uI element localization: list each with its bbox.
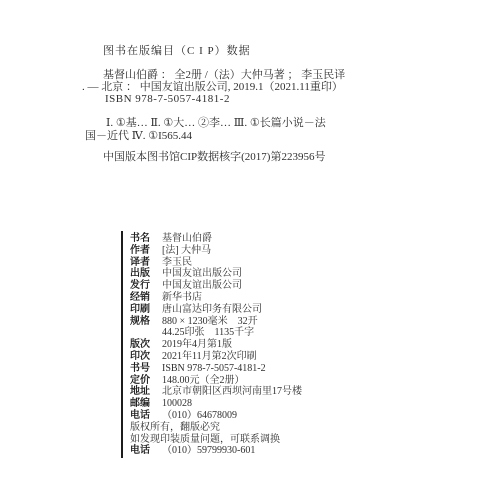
colophon-row-label: 印次 [130, 351, 162, 363]
colophon-row-value: 中国友谊出版公司 [162, 268, 242, 279]
colophon-row-label: 印刷 [130, 304, 162, 316]
colophon-section: 书名基督山伯爵作者[法] 大仲马译者李玉民出版中国友谊出版公司发行中国友谊出版公… [121, 231, 441, 461]
colophon-row-value: ISBN 978-7-5057-4181-2 [162, 363, 266, 374]
cip-registry-line: 中国版本图书馆CIP数据核字(2017)第223956号 [103, 151, 325, 163]
colophon-row-value: 版权所有，翻版必究 [130, 422, 220, 433]
cip-heading: 图书在版编目（C I P）数据 [103, 45, 251, 57]
colophon-row-value: 基督山伯爵 [162, 233, 212, 244]
colophon-row-label: 书名 [130, 233, 162, 245]
colophon-row: 印次2021年11月第2次印刷 [130, 351, 430, 363]
colophon-row-value: 唐山富达印务有限公司 [162, 304, 262, 315]
colophon-row-label: 定价 [130, 375, 162, 387]
colophon-left-bar [121, 231, 123, 458]
colophon-row-value: 148.00元（全2册） [162, 375, 245, 386]
colophon-row-label: 规格 [130, 316, 162, 328]
colophon-row-value: 44.25印张 1135千字 [162, 327, 254, 338]
colophon-row: 版次2019年4月第1版 [130, 339, 430, 351]
colophon-row-value: （010）64678009 [162, 410, 237, 421]
colophon-row: 印刷唐山富达印务有限公司 [130, 304, 430, 316]
colophon-row: 发行中国友谊出版公司 [130, 280, 430, 292]
colophon-row-label: 电话 [130, 410, 162, 422]
colophon-row: 作者[法] 大仲马 [130, 245, 430, 257]
colophon-row-label: 邮编 [130, 398, 162, 410]
colophon-row-value: 新华书店 [162, 292, 202, 303]
colophon-row-value: 880 × 1230毫米 32开 [162, 316, 258, 327]
colophon-row-label: 出版 [130, 268, 162, 280]
colophon-row: 44.25印张 1135千字 [130, 327, 430, 339]
colophon-row-label: 作者 [130, 245, 162, 257]
colophon-notice-row: 版权所有，翻版必究 [130, 422, 430, 434]
colophon-row: 电话（010）59799930-601 [130, 445, 430, 457]
colophon-row-label: 地址 [130, 386, 162, 398]
colophon-row-value: 2021年11月第2次印刷 [162, 351, 257, 362]
colophon-row-label: 书号 [130, 363, 162, 375]
colophon-row: 规格880 × 1230毫米 32开 [130, 316, 430, 328]
colophon-notice-row: 如发现印装质量问题，可联系调换 [130, 434, 430, 446]
colophon-row-value: [法] 大仲马 [162, 245, 211, 256]
colophon-row: 邮编100028 [130, 398, 430, 410]
colophon-row-value: 李玉民 [162, 257, 192, 268]
colophon-row: 电话（010）64678009 [130, 410, 430, 422]
colophon-row: 经销新华书店 [130, 292, 430, 304]
colophon-row-value: 100028 [162, 398, 192, 409]
cip-classification-line-1: Ⅰ. ①基… Ⅱ. ①大… ②李… Ⅲ. ①长篇小说－法 [106, 117, 326, 129]
colophon-row: 书号ISBN 978-7-5057-4181-2 [130, 363, 430, 375]
colophon-row-value: 中国友谊出版公司 [162, 280, 242, 291]
colophon-row-value: （010）59799930-601 [162, 445, 255, 456]
cip-classification-line-2: 国－近代 Ⅳ. ①I565.44 [85, 130, 192, 142]
colophon-row-label: 发行 [130, 280, 162, 292]
colophon-row-label: 电话 [130, 445, 162, 457]
colophon-row: 地址北京市朝阳区西坝河南里17号楼 [130, 386, 430, 398]
colophon-row: 译者李玉民 [130, 257, 430, 269]
colophon-row-value: 2019年4月第1版 [162, 339, 232, 350]
colophon-row: 书名基督山伯爵 [130, 233, 430, 245]
copyright-page: 图书在版编目（C I P）数据 基督山伯爵 ： 全2册 /（法）大仲马著 ； 李… [0, 0, 500, 500]
colophon-row: 出版中国友谊出版公司 [130, 268, 430, 280]
colophon-row: 定价148.00元（全2册） [130, 375, 430, 387]
colophon-rows: 书名基督山伯爵作者[法] 大仲马译者李玉民出版中国友谊出版公司发行中国友谊出版公… [130, 233, 430, 457]
cip-record-line-2: . — 北京 ： 中国友谊出版公司, 2019.1（2021.11重印） [82, 81, 343, 93]
colophon-row-value: 如发现印装质量问题，可联系调换 [130, 434, 280, 445]
cip-record-line-3: ISBN 978-7-5057-4181-2 [105, 93, 230, 105]
colophon-row-label: 版次 [130, 339, 162, 351]
colophon-row-value: 北京市朝阳区西坝河南里17号楼 [162, 386, 302, 397]
cip-record-line-1: 基督山伯爵 ： 全2册 /（法）大仲马著 ； 李玉民译 [103, 69, 345, 81]
colophon-row-label: 译者 [130, 257, 162, 269]
colophon-row-label: 经销 [130, 292, 162, 304]
